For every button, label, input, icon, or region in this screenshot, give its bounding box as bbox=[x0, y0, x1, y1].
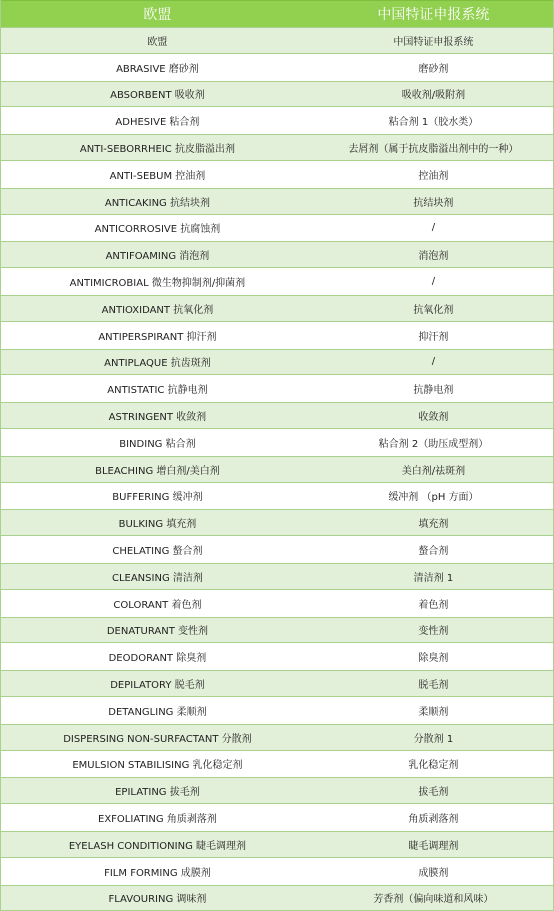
table-row: BINDING 粘合剂粘合剂 2（助压成型剂） bbox=[1, 429, 553, 456]
china-function-cell: 收敛剂 bbox=[314, 408, 553, 423]
eu-function-cell: ANTICORROSIVE 抗腐蚀剂 bbox=[1, 220, 314, 235]
china-function-cell: 分散剂 1 bbox=[314, 730, 553, 745]
china-function-cell: 填充剂 bbox=[314, 515, 553, 530]
eu-function-cell: FLAVOURING 调味剂 bbox=[1, 890, 314, 905]
china-function-cell: 抗氧化剂 bbox=[314, 301, 553, 316]
eu-function-cell: FILM FORMING 成膜剂 bbox=[1, 864, 314, 879]
eu-function-cell: DEODORANT 除臭剂 bbox=[1, 649, 314, 664]
table-row: EPILATING 拔毛剂拔毛剂 bbox=[1, 777, 553, 804]
eu-function-cell: EXFOLIATING 角质剥落剂 bbox=[1, 810, 314, 825]
eu-function-cell: ASTRINGENT 收敛剂 bbox=[1, 408, 314, 423]
china-function-cell: / bbox=[314, 222, 553, 233]
table-row: BULKING 填充剂填充剂 bbox=[1, 509, 553, 536]
table-row: ANTIPLAQUE 抗齿斑剂/ bbox=[1, 349, 553, 376]
table-row: EXFOLIATING 角质剥落剂角质剥落剂 bbox=[1, 804, 553, 831]
table-row: FILM FORMING 成膜剂成膜剂 bbox=[1, 858, 553, 885]
eu-function-cell: DISPERSING NON-SURFACTANT 分散剂 bbox=[1, 730, 314, 745]
china-function-cell: 芳香剂（偏向味道和风味） bbox=[314, 890, 553, 905]
eu-function-cell: ADHESIVE 粘合剂 bbox=[1, 113, 314, 128]
china-function-cell: 乳化稳定剂 bbox=[314, 756, 553, 771]
eu-function-cell: ABRASIVE 磨砂剂 bbox=[1, 60, 314, 75]
table-row: DEPILATORY 脱毛剂脱毛剂 bbox=[1, 670, 553, 697]
table-row: BLEACHING 增白剂/美白剂美白剂/祛斑剂 bbox=[1, 456, 553, 483]
eu-function-cell: BULKING 填充剂 bbox=[1, 515, 314, 530]
table-row: EYELASH CONDITIONING 睫毛调理剂睫毛调理剂 bbox=[1, 831, 553, 858]
china-function-cell: 除臭剂 bbox=[314, 649, 553, 664]
china-function-cell: 成膜剂 bbox=[314, 864, 553, 879]
china-function-cell: 脱毛剂 bbox=[314, 676, 553, 691]
table-row: ANTI-SEBORRHEIC 抗皮脂溢出剂去屑剂（属于抗皮脂溢出剂中的一种） bbox=[1, 134, 553, 161]
table-row: ANTIMICROBIAL 微生物抑制剂/抑菌剂/ bbox=[1, 268, 553, 295]
china-function-cell: 消泡剂 bbox=[314, 247, 553, 262]
header-eu: 欧盟 bbox=[1, 4, 314, 24]
table-header-row: 欧盟 中国特证申报系统 bbox=[1, 0, 553, 27]
eu-function-cell: COLORANT 着色剂 bbox=[1, 596, 314, 611]
eu-function-cell: ANTIPERSPIRANT 抑汗剂 bbox=[1, 328, 314, 343]
table-row: ANTIOXIDANT 抗氧化剂抗氧化剂 bbox=[1, 295, 553, 322]
eu-function-cell: 欧盟 bbox=[1, 33, 314, 48]
table-row: ANTI-SEBUM 控油剂控油剂 bbox=[1, 161, 553, 188]
china-function-cell: 抑汗剂 bbox=[314, 328, 553, 343]
china-function-cell: 变性剂 bbox=[314, 622, 553, 637]
eu-function-cell: ANTICAKING 抗结块剂 bbox=[1, 194, 314, 209]
eu-function-cell: ANTIPLAQUE 抗齿斑剂 bbox=[1, 354, 314, 369]
table-row: ANTIPERSPIRANT 抑汗剂抑汗剂 bbox=[1, 322, 553, 349]
china-function-cell: 美白剂/祛斑剂 bbox=[314, 462, 553, 477]
china-function-cell: 角质剥落剂 bbox=[314, 810, 553, 825]
table-row: CLEANSING 清洁剂清洁剂 1 bbox=[1, 563, 553, 590]
eu-function-cell: DENATURANT 变性剂 bbox=[1, 622, 314, 637]
table-row: FLAVOURING 调味剂芳香剂（偏向味道和风味） bbox=[1, 885, 553, 911]
china-function-cell: / bbox=[314, 356, 553, 367]
table-row: DETANGLING 柔顺剂柔顺剂 bbox=[1, 697, 553, 724]
table-row: ABSORBENT 吸收剂吸收剂/吸附剂 bbox=[1, 81, 553, 108]
table-row: CHELATING 螯合剂螯合剂 bbox=[1, 536, 553, 563]
eu-function-cell: ANTI-SEBUM 控油剂 bbox=[1, 167, 314, 182]
table-row: COLORANT 着色剂着色剂 bbox=[1, 590, 553, 617]
china-function-cell: 睫毛调理剂 bbox=[314, 837, 553, 852]
china-function-cell: 着色剂 bbox=[314, 596, 553, 611]
eu-function-cell: DEPILATORY 脱毛剂 bbox=[1, 676, 314, 691]
china-function-cell: 吸收剂/吸附剂 bbox=[314, 86, 553, 101]
china-function-cell: 粘合剂 2（助压成型剂） bbox=[314, 435, 553, 450]
eu-function-cell: BUFFERING 缓冲剂 bbox=[1, 488, 314, 503]
china-function-cell: 去屑剂（属于抗皮脂溢出剂中的一种） bbox=[314, 140, 553, 155]
table-row: ABRASIVE 磨砂剂磨砂剂 bbox=[1, 54, 553, 81]
eu-function-cell: EMULSION STABILISING 乳化稳定剂 bbox=[1, 756, 314, 771]
eu-function-cell: BINDING 粘合剂 bbox=[1, 435, 314, 450]
china-function-cell: 缓冲剂 （pH 方面） bbox=[314, 488, 553, 503]
eu-function-cell: BLEACHING 增白剂/美白剂 bbox=[1, 462, 314, 477]
china-function-cell: 粘合剂 1（胶水类） bbox=[314, 113, 553, 128]
china-function-cell: 清洁剂 1 bbox=[314, 569, 553, 584]
table-row: ANTICORROSIVE 抗腐蚀剂/ bbox=[1, 215, 553, 242]
table-row: ANTISTATIC 抗静电剂抗静电剂 bbox=[1, 375, 553, 402]
eu-function-cell: ANTISTATIC 抗静电剂 bbox=[1, 381, 314, 396]
eu-function-cell: EYELASH CONDITIONING 睫毛调理剂 bbox=[1, 837, 314, 852]
eu-function-cell: DETANGLING 柔顺剂 bbox=[1, 703, 314, 718]
china-function-cell: 柔顺剂 bbox=[314, 703, 553, 718]
header-china: 中国特证申报系统 bbox=[314, 4, 553, 24]
table-row: DEODORANT 除臭剂除臭剂 bbox=[1, 643, 553, 670]
china-function-cell: 拔毛剂 bbox=[314, 783, 553, 798]
china-function-cell: 抗静电剂 bbox=[314, 381, 553, 396]
eu-function-cell: ANTI-SEBORRHEIC 抗皮脂溢出剂 bbox=[1, 140, 314, 155]
china-function-cell: 中国特证申报系统 bbox=[314, 33, 553, 48]
eu-function-cell: ANTIMICROBIAL 微生物抑制剂/抑菌剂 bbox=[1, 274, 314, 289]
china-function-cell: / bbox=[314, 276, 553, 287]
eu-function-cell: ABSORBENT 吸收剂 bbox=[1, 86, 314, 101]
table-body: 欧盟中国特证申报系统ABRASIVE 磨砂剂磨砂剂ABSORBENT 吸收剂吸收… bbox=[1, 27, 553, 911]
function-comparison-table: 欧盟 中国特证申报系统 欧盟中国特证申报系统ABRASIVE 磨砂剂磨砂剂ABS… bbox=[0, 0, 554, 911]
table-row: ANTICAKING 抗结块剂抗结块剂 bbox=[1, 188, 553, 215]
table-row: 欧盟中国特证申报系统 bbox=[1, 27, 553, 54]
eu-function-cell: ANTIOXIDANT 抗氧化剂 bbox=[1, 301, 314, 316]
china-function-cell: 控油剂 bbox=[314, 167, 553, 182]
china-function-cell: 抗结块剂 bbox=[314, 194, 553, 209]
eu-function-cell: ANTIFOAMING 消泡剂 bbox=[1, 247, 314, 262]
eu-function-cell: CLEANSING 清洁剂 bbox=[1, 569, 314, 584]
table-row: ADHESIVE 粘合剂粘合剂 1（胶水类） bbox=[1, 107, 553, 134]
table-row: ANTIFOAMING 消泡剂消泡剂 bbox=[1, 241, 553, 268]
china-function-cell: 磨砂剂 bbox=[314, 60, 553, 75]
table-row: DENATURANT 变性剂变性剂 bbox=[1, 617, 553, 644]
table-row: EMULSION STABILISING 乳化稳定剂乳化稳定剂 bbox=[1, 751, 553, 778]
table-row: DISPERSING NON-SURFACTANT 分散剂分散剂 1 bbox=[1, 724, 553, 751]
table-row: BUFFERING 缓冲剂缓冲剂 （pH 方面） bbox=[1, 483, 553, 510]
eu-function-cell: CHELATING 螯合剂 bbox=[1, 542, 314, 557]
eu-function-cell: EPILATING 拔毛剂 bbox=[1, 783, 314, 798]
china-function-cell: 螯合剂 bbox=[314, 542, 553, 557]
table-row: ASTRINGENT 收敛剂收敛剂 bbox=[1, 402, 553, 429]
